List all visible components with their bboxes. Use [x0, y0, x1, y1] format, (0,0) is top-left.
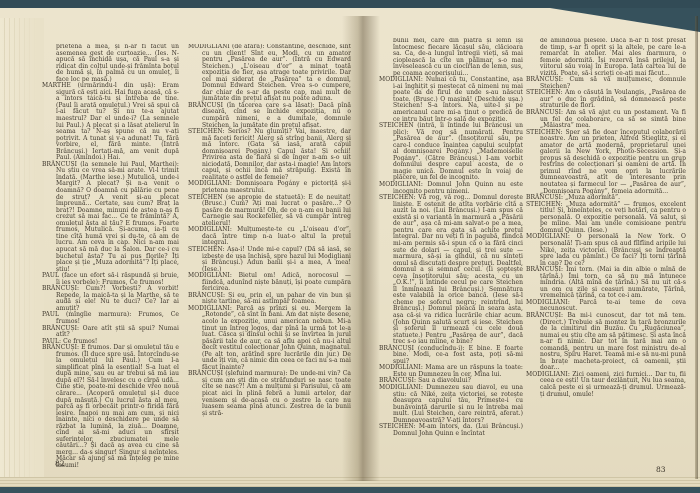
- paragraph: STEICHEN (se apropie de statuetă): E de …: [188, 195, 351, 228]
- paragraph: prietenă a mea, și n-ar fi făcut un asem…: [42, 44, 179, 83]
- paragraph: MODIGLIANI: Numai că tu, Constantine, aș…: [379, 77, 523, 123]
- paragraph: BRÂNCUȘI: Și eu, prin el, un pahar de vi…: [188, 293, 351, 306]
- text-column-left-1: prietenă a mea, și n-ar fi făcut un asem…: [42, 44, 179, 472]
- paragraph: MODIGLIANI: Parcă aș prînzi și eu. Merge…: [188, 306, 351, 371]
- paragraph: STEICHEN: M-am întors, da. (Lui Brâncuși…: [379, 424, 523, 437]
- text-column-right-1: bunii mei, care din piatră și lemn își î…: [379, 38, 523, 474]
- paragraph: BRÂNCUȘI: Ba mi-i cunoscut, dar tot mă t…: [526, 313, 686, 372]
- paragraph: BRÂNCUȘI: Oare atît știi să spui? Numai …: [42, 326, 179, 339]
- paragraph: STEICHEN: „Muza adormită” — frumos, exce…: [526, 202, 686, 235]
- paragraph: BRÂNCUȘI (în tăcerea care s-a lăsat): Da…: [188, 103, 351, 129]
- paragraph: MODIGLIANI: Domnișoara Pogány e pictoriț…: [188, 181, 351, 194]
- page-number-left: 82: [55, 459, 65, 468]
- paragraph: STEICHEN: Sper să fie doar începutul col…: [526, 130, 686, 195]
- page-number-right: 83: [656, 465, 666, 474]
- paragraph: STEICHEN: Vă rog, vă rog... Domnul doreș…: [379, 195, 523, 346]
- paragraph: BRÂNCUȘI (conducîndu-i): E bine. E foart…: [379, 346, 523, 366]
- paragraph: BRÂNCUȘI: E frumos. Dar și omulețul tău …: [42, 345, 179, 469]
- page-fore-edge-right: [695, 16, 698, 479]
- paragraph: MODIGLIANI: Parcă te-ai teme de ceva nec…: [526, 300, 686, 313]
- paragraph: BRÂNCUȘI: Îmi torn. (Mai ia din albie o …: [526, 267, 686, 300]
- paragraph: BRÂNCUȘI: Cum?! Vorbești? A vorbit! Repe…: [42, 286, 179, 312]
- paragraph: STEICHEN: Serios? Nu glumiți? Vai, maest…: [188, 129, 351, 181]
- page-edge-stack-left: [0, 18, 44, 477]
- paragraph: PAUL (mîngîie marmura): Frumos, Ce frumo…: [42, 312, 179, 325]
- paragraph: MODIGLIANI: O personală la New York. O p…: [526, 234, 686, 267]
- book-cover-corner: [550, 8, 700, 32]
- paragraph: BRÂNCUȘI (la semnele lui Paul, Marthei):…: [42, 162, 179, 273]
- paragraph: bunii mei, care din piatră și lemn își î…: [379, 38, 523, 77]
- paragraph: MODIGLIANI: Zici oameni, zici furnici...…: [526, 372, 686, 398]
- paragraph: de amîndouă piesele. Dacă n-ar fi fost p…: [526, 38, 686, 77]
- paragraph: BRÂNCUȘI (șlefuind marmura): De unde-mi …: [188, 371, 351, 417]
- text-column-left-2: MODIGLIANI (de afară): Constantine, desc…: [188, 44, 351, 474]
- paragraph: MODIGLIANI: Dumnezeu sau diavol, eu una …: [379, 385, 523, 424]
- open-book: prietenă a mea, și n-ar fi făcut un asem…: [0, 8, 700, 487]
- paragraph: STEICHEN: Am o căsuță în Voulangis, „Pas…: [526, 90, 686, 110]
- paragraph: MARTHE (urmărindu-l din ușă): Eram sigur…: [42, 83, 179, 162]
- paragraph: BRÂNCUȘI: Am să vă ajut cu un postament.…: [526, 110, 686, 130]
- paragraph: STEICHEN: Așa-i! Unde mi-e capul? (Dă să…: [188, 247, 351, 273]
- paragraph: MODIGLIANI: Bietul om! Adică, norocosul …: [188, 273, 351, 293]
- paragraph: MODIGLIANI (de afară): Constantine, desc…: [188, 44, 351, 103]
- text-column-right-2: de amîndouă piesele. Dacă n-ar fi fost p…: [526, 38, 686, 474]
- paragraph: MODIGLIANI: Mulțumește-te cu „L'oiseau d…: [188, 227, 351, 247]
- gutter-shadow: [342, 16, 380, 481]
- paragraph: STEICHEN (intră, îi întinde lui Brâncuși…: [379, 123, 523, 182]
- book-spread-photo: prietenă a mea, și n-ar fi făcut un asem…: [0, 0, 700, 493]
